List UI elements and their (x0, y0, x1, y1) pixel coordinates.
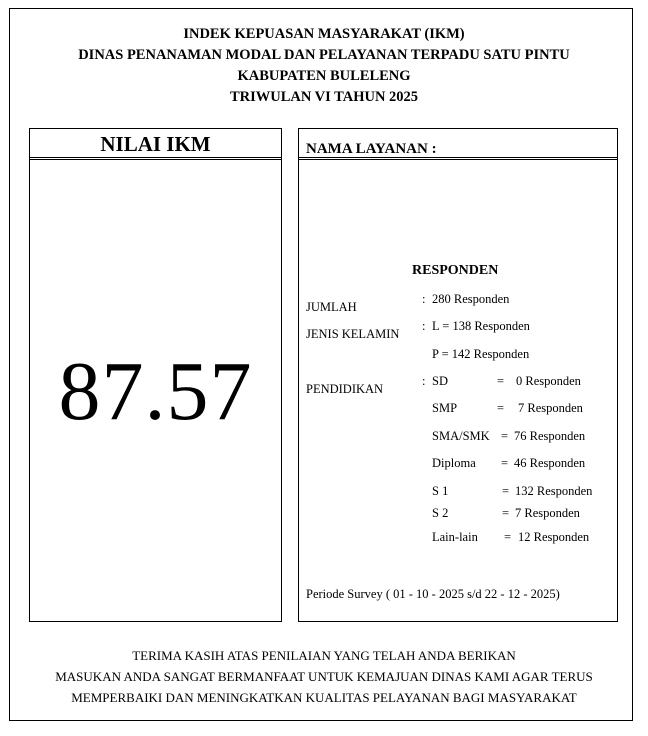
jenis-kelamin-male: L = 138 Responden (432, 318, 530, 334)
header-agency-line: DINAS PENANAMAN MODAL DAN PELAYANAN TERP… (0, 45, 648, 66)
pendidikan-eq: = (504, 529, 511, 545)
pendidikan-eq: = (502, 505, 509, 521)
pendidikan-row: SD (432, 373, 448, 389)
pendidikan-name: Diploma (432, 455, 476, 471)
pendidikan-value: 7 Responden (518, 400, 583, 416)
pendidikan-label: PENDIDIKAN (306, 381, 383, 397)
footer-improve-line: MEMPERBAIKI DAN MENINGKATKAN KUALITAS PE… (0, 687, 648, 708)
layanan-panel: NAMA LAYANAN : RESPONDEN JUMLAH : 280 Re… (298, 128, 618, 622)
header-period-line: TRIWULAN VI TAHUN 2025 (0, 87, 648, 108)
pendidikan-name: SMA/SMK (432, 428, 490, 444)
pendidikan-name: S 2 (432, 505, 448, 521)
responden-heading: RESPONDEN (412, 262, 498, 280)
pendidikan-eq: = (502, 483, 509, 499)
nilai-ikm-panel-header: NILAI IKM (30, 129, 281, 160)
pendidikan-eq: = (497, 373, 504, 389)
pendidikan-value: 7 Responden (515, 505, 580, 521)
jumlah-value: 280 Responden (432, 291, 509, 307)
footer-thanks-line: TERIMA KASIH ATAS PENILAIAN YANG TELAH A… (0, 645, 648, 666)
nilai-ikm-panel: NILAI IKM 87.57 (29, 128, 282, 622)
jenis-kelamin-colon: : (422, 318, 425, 334)
survey-period: Periode Survey ( 01 - 10 - 2025 s/d 22 -… (306, 586, 560, 602)
pendidikan-name: Lain-lain (432, 529, 478, 545)
footer-feedback-line: MASUKAN ANDA SANGAT BERMANFAAT UNTUK KEM… (0, 666, 648, 687)
pendidikan-eq: = (497, 400, 504, 416)
jenis-kelamin-female: P = 142 Responden (432, 346, 529, 362)
ikm-score-value: 87.57 (30, 342, 281, 442)
header-title-line: INDEK KEPUASAN MASYARAKAT (IKM) (0, 24, 648, 45)
jenis-kelamin-label: JENIS KELAMIN (306, 326, 399, 342)
layanan-panel-header: NAMA LAYANAN : (299, 129, 617, 160)
pendidikan-colon: : (422, 373, 425, 389)
nama-layanan-title: NAMA LAYANAN : (306, 139, 437, 159)
pendidikan-value: 12 Responden (518, 529, 589, 545)
jumlah-label: JUMLAH (306, 299, 357, 315)
nilai-ikm-title: NILAI IKM (30, 131, 281, 157)
pendidikan-name: SD (432, 374, 448, 388)
pendidikan-name: SMP (432, 400, 457, 416)
pendidikan-value: 132 Responden (515, 483, 592, 499)
pendidikan-value: 46 Responden (514, 455, 585, 471)
document-footer: TERIMA KASIH ATAS PENILAIAN YANG TELAH A… (0, 645, 648, 708)
pendidikan-name: S 1 (432, 483, 448, 499)
pendidikan-value: 0 Responden (516, 373, 581, 389)
pendidikan-eq: = (501, 428, 508, 444)
header-region-line: KABUPATEN BULELENG (0, 66, 648, 87)
document-header: INDEK KEPUASAN MASYARAKAT (IKM) DINAS PE… (0, 24, 648, 108)
pendidikan-value: 76 Responden (514, 428, 585, 444)
jumlah-colon: : (422, 291, 425, 307)
pendidikan-eq: = (501, 455, 508, 471)
